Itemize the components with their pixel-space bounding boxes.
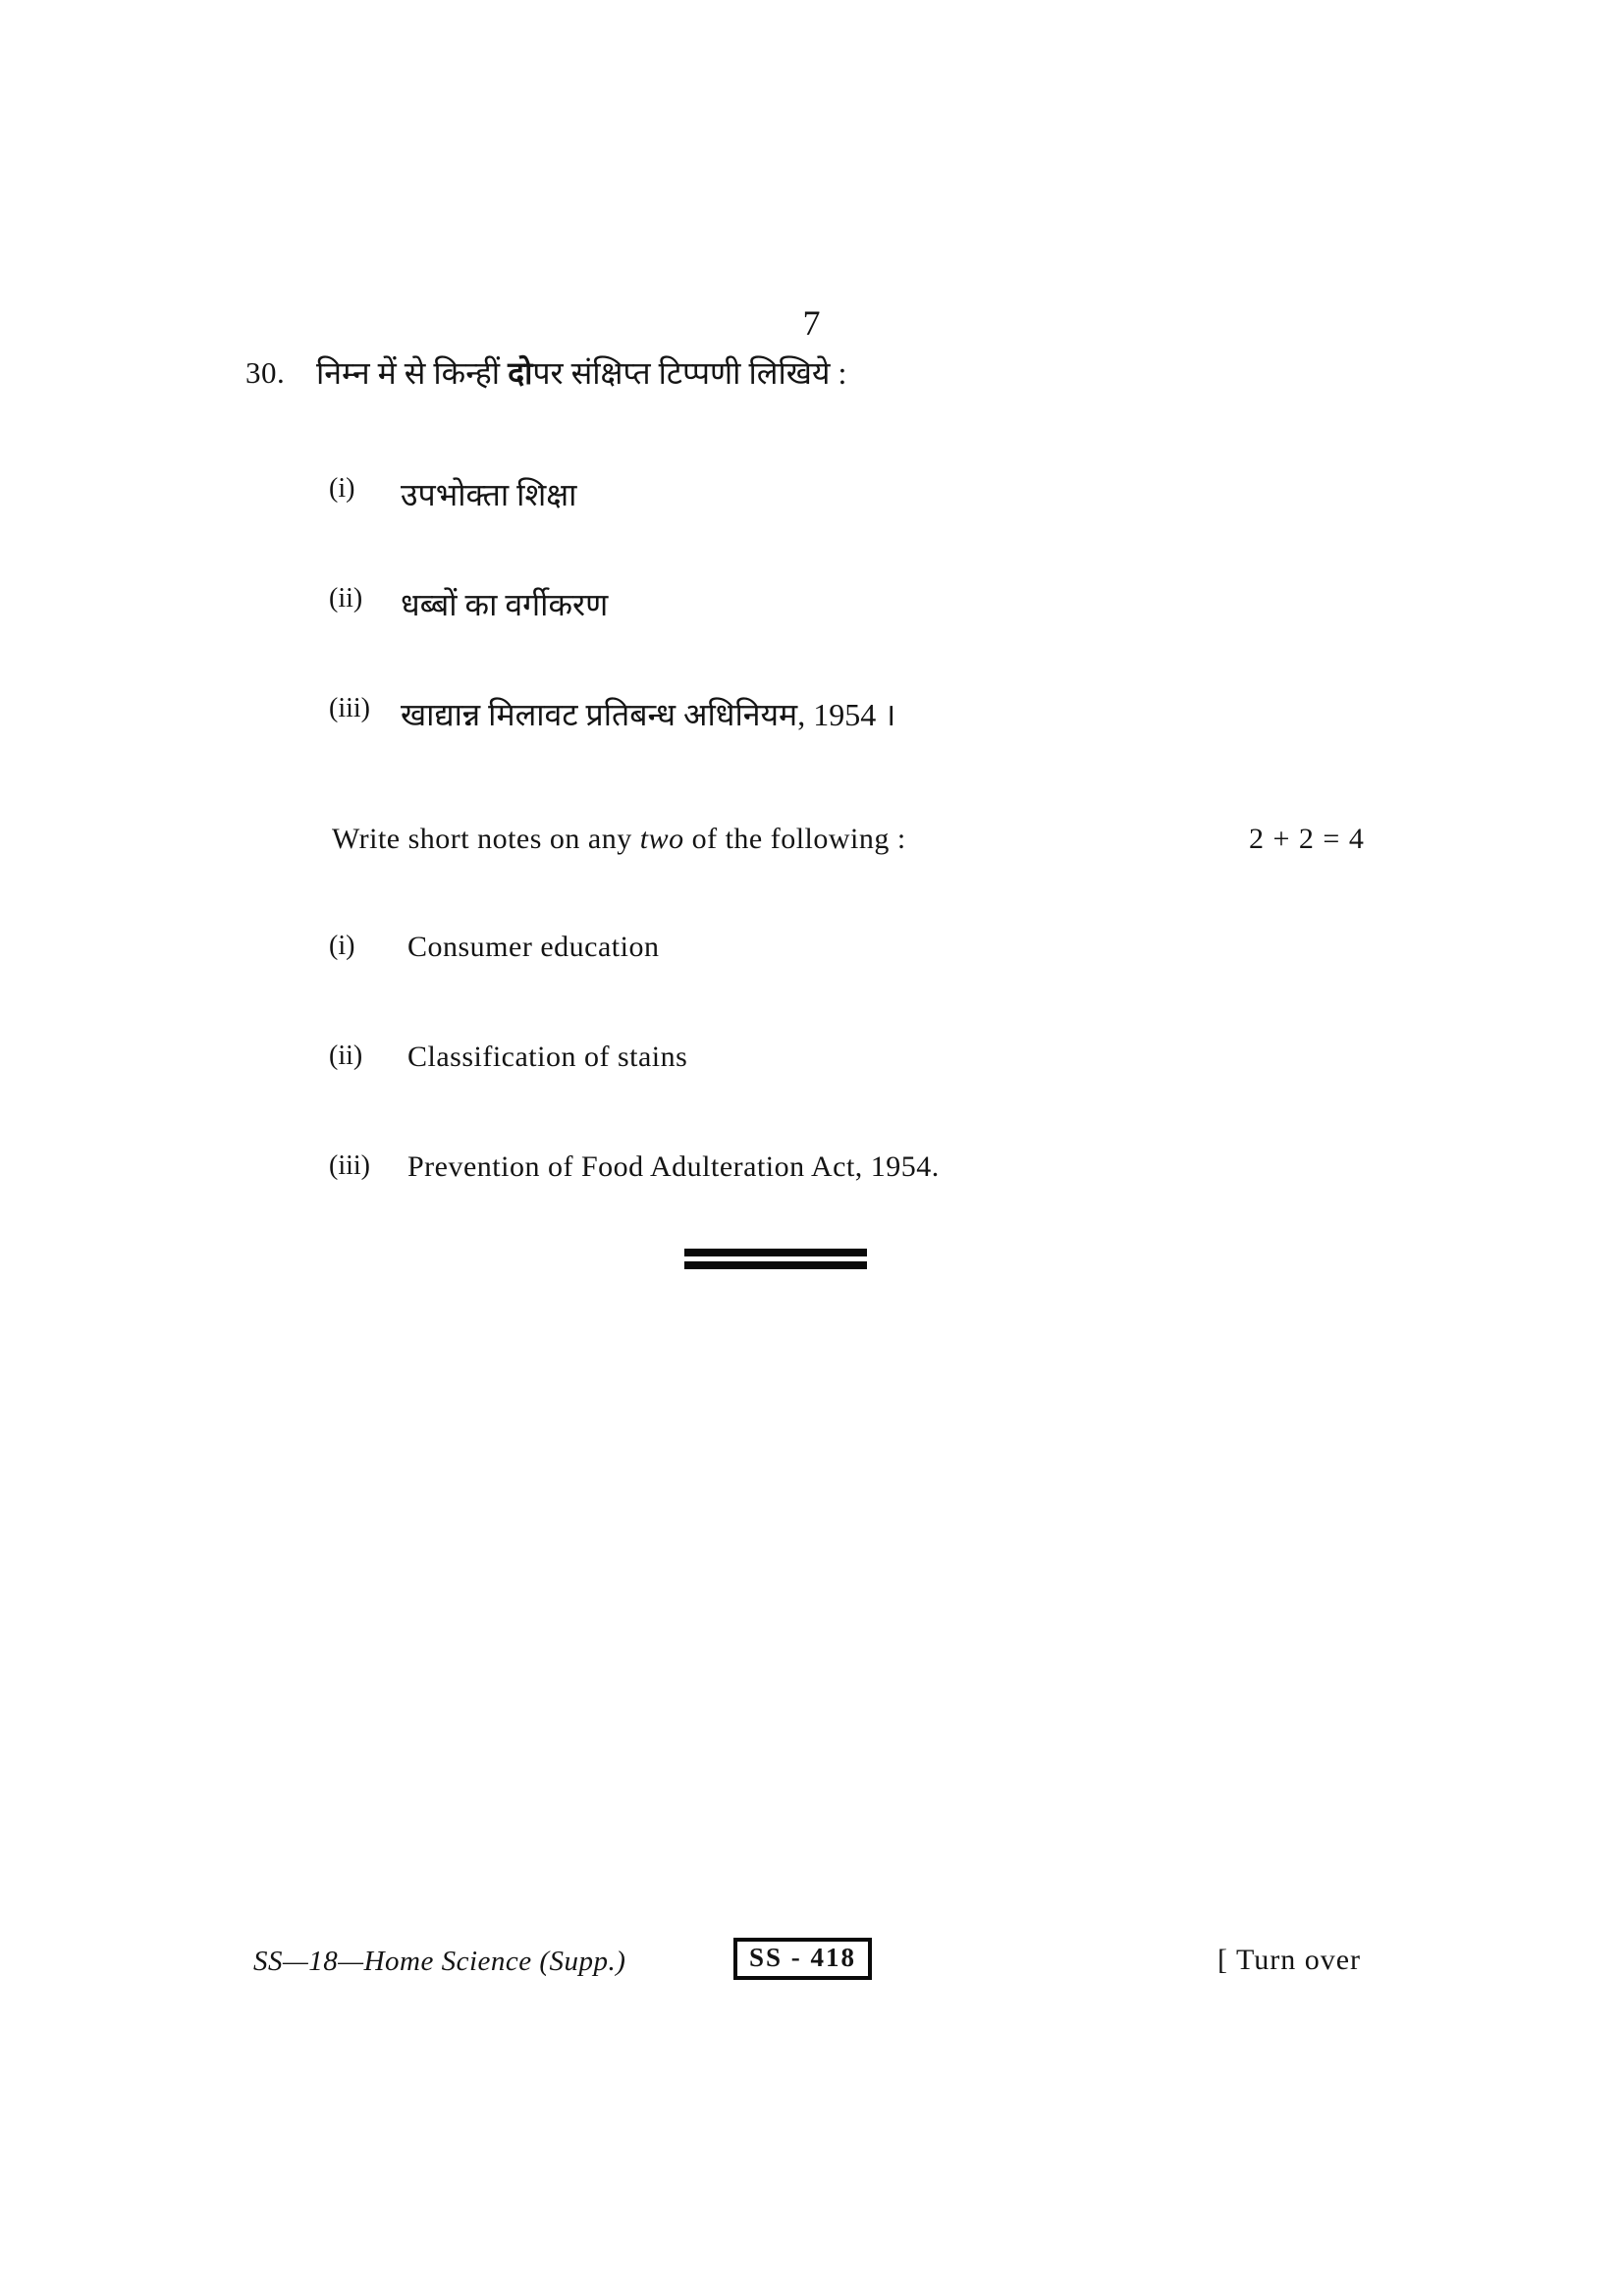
question-prompt-hindi-pre: निम्न में से किन्हीं bbox=[316, 355, 508, 391]
question-prompt-english-italic: two bbox=[640, 823, 684, 855]
english-item-1-text: Consumer education bbox=[407, 931, 659, 964]
question-prompt-hindi-bold: दो bbox=[508, 355, 532, 391]
question-prompt-english: Write short notes on any two of the foll… bbox=[332, 823, 906, 856]
question-prompt-hindi: निम्न में से किन्हीं दोपर संक्षिप्त टिप्… bbox=[316, 351, 846, 394]
divider-bar-top bbox=[684, 1249, 867, 1256]
hindi-item-2-text: धब्बों का वर्गीकरण bbox=[401, 583, 608, 625]
footer-series-code-box: SS - 418 bbox=[733, 1938, 872, 1980]
question-prompt-english-pre: Write short notes on any bbox=[332, 823, 640, 855]
hindi-item-3-marker: (iii) bbox=[329, 693, 370, 724]
question-prompt-hindi-post: पर संक्षिप्त टिप्पणी लिखिये : bbox=[532, 355, 846, 391]
exam-paper-page: 7 30. निम्न में से किन्हीं दोपर संक्षिप्… bbox=[0, 0, 1623, 2296]
end-of-paper-double-rule bbox=[684, 1249, 867, 1269]
footer-paper-code: SS—18—Home Science (Supp.) bbox=[253, 1946, 625, 1978]
hindi-item-1-text: उपभोक्ता शिक्षा bbox=[401, 473, 576, 515]
hindi-item-3-text: खाद्यान्न मिलावट प्रतिबन्ध अधिनियम, 1954… bbox=[401, 693, 895, 735]
english-item-2-marker: (ii) bbox=[329, 1041, 362, 1072]
hindi-item-2-marker: (ii) bbox=[329, 583, 362, 614]
english-item-1-marker: (i) bbox=[329, 931, 354, 962]
english-item-2-text: Classification of stains bbox=[407, 1041, 687, 1074]
english-item-3-text: Prevention of Food Adulteration Act, 195… bbox=[407, 1150, 940, 1184]
divider-bar-bottom bbox=[684, 1261, 867, 1269]
marks-allocation: 2 + 2 = 4 bbox=[1249, 823, 1365, 856]
footer-turn-over-note: [ Turn over bbox=[1217, 1944, 1361, 1977]
page-number: 7 bbox=[0, 302, 1623, 344]
english-item-3-marker: (iii) bbox=[329, 1150, 370, 1182]
question-number: 30. bbox=[245, 355, 285, 391]
question-prompt-english-post: of the following : bbox=[684, 823, 906, 855]
hindi-item-1-marker: (i) bbox=[329, 473, 354, 505]
